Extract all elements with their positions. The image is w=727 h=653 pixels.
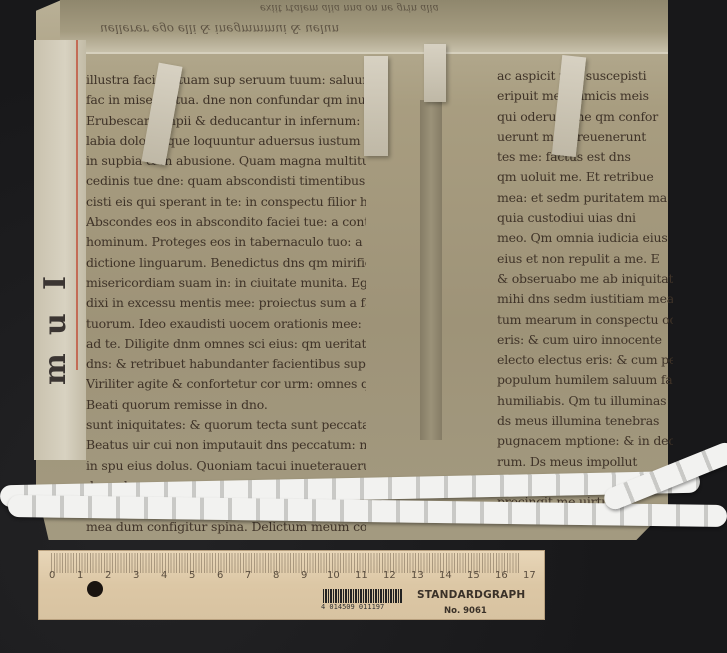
ruler-label: 0: [49, 570, 55, 581]
ruler-label: 17: [523, 570, 536, 581]
top-folded-strip: exiit rtalem alia nna on ne grin alia ue…: [60, 0, 668, 54]
text-line: tum mearum in conspectu oc: [497, 310, 673, 330]
text-line: in supbia & in abusione. Quam magna mult…: [86, 151, 366, 171]
ruler-model: No. 9061: [444, 606, 487, 616]
right-text-column: ac aspicit me: suscepisti eripuit me: in…: [497, 66, 673, 513]
margin-initial: u: [38, 313, 73, 335]
left-text-column: illustra faciem tuam sup seruum tuum: sa…: [86, 70, 366, 537]
text-line: mea: et sedm puritatem ma: [497, 188, 673, 208]
text-line: misericordiam suam in: in ciuitate munit…: [86, 273, 366, 293]
center-fold-crease: [420, 100, 442, 440]
ruler-label: 13: [411, 570, 424, 581]
text-line: qui oderunt me qm confor: [497, 107, 673, 127]
text-line: eris: & cum uiro innocente: [497, 330, 673, 350]
text-line: electo electus eris: & cum per: [497, 350, 673, 370]
text-line: Erubescant impii & deducantur in infernu…: [86, 111, 366, 131]
ruler-label: 14: [439, 570, 452, 581]
ruler-label: 7: [245, 570, 251, 581]
text-line: eius et non repulit a me. E: [497, 249, 673, 269]
text-line: in spu eius dolus. Quoniam tacui inueter…: [86, 456, 366, 476]
text-line: Beati quorum remisse in dno.: [86, 395, 366, 415]
text-line: Viriliter agite & confortetur cor urm: o…: [86, 374, 366, 394]
text-line: tes me: factus est dns: [497, 147, 673, 167]
text-line: dns: & retribuet habundanter facientibus…: [86, 354, 366, 374]
ruler-label: 5: [189, 570, 195, 581]
top-fold-text-line: exiit rtalem alia nna on ne grin alia: [260, 2, 439, 13]
red-ruling-line: [76, 40, 78, 370]
barcode-icon: [323, 589, 403, 603]
text-line: meo. Qm omnia iudicia eius: [497, 228, 673, 248]
ruler-label: 9: [301, 570, 307, 581]
barcode-number: 4 014509 011197: [321, 603, 384, 611]
ruler-brand: STANDARDGRAPH: [417, 589, 525, 601]
ruler-label: 2: [105, 570, 111, 581]
text-line: hominum. Proteges eos in tabernaculo tuo…: [86, 232, 366, 252]
text-line: cisti eis qui sperant in te: in conspect…: [86, 192, 366, 212]
ruler-label: 3: [133, 570, 139, 581]
ruler-hang-hole: [87, 581, 103, 597]
text-line: tuorum. Ideo exaudisti uocem orationis m…: [86, 314, 366, 334]
text-line: fac in misedia tua. dne non confundar qm…: [86, 90, 366, 110]
text-line: pugnacem mptione: & in deo: [497, 431, 673, 451]
text-line: Abscondes eos in abscondito faciei tue: …: [86, 212, 366, 232]
text-line: quia custodiui uias dni: [497, 208, 673, 228]
text-line: qm uoluit me. Et retribue: [497, 167, 673, 187]
text-line: labia dolosa. que loquuntur aduersus ius…: [86, 131, 366, 151]
text-line: dictione linguarum. Benedictus dns qm mi…: [86, 253, 366, 273]
text-line: populum humilem saluum facies: [497, 370, 673, 390]
text-line: sunt iniquitates: & quorum tecta sunt pe…: [86, 415, 366, 435]
text-line: illustra faciem tuam sup seruum tuum: sa…: [86, 70, 366, 90]
text-line: uerunt me. Preuenerunt: [497, 127, 673, 147]
text-line: & obseruabo me ab iniquitate: [497, 269, 673, 289]
ruler-label: 10: [327, 570, 340, 581]
margin-initial: I: [38, 276, 73, 290]
ruler-label: 16: [495, 570, 508, 581]
left-margin-strip: [34, 40, 86, 460]
text-line: ds meus illumina tenebras: [497, 411, 673, 431]
ruler-label: 6: [217, 570, 223, 581]
ruler-label: 15: [467, 570, 480, 581]
top-fold-text-line: uellerer ego elli & inegmmmui & uelun: [100, 22, 339, 36]
ruler-label: 12: [383, 570, 396, 581]
ruler-label: 11: [355, 570, 368, 581]
ruler-label: 4: [161, 570, 167, 581]
parchment-tab: [424, 44, 446, 102]
text-line: Beatus uir cui non imputauit dns peccatu…: [86, 435, 366, 455]
wooden-ruler: 0 1 2 3 4 5 6 7 8 9 10 11 12 13 14 15 16…: [38, 550, 545, 620]
margin-initial: m: [38, 353, 73, 385]
ruler-label: 8: [273, 570, 279, 581]
text-line: mihi dns sedm iustitiam meam: &: [497, 289, 673, 309]
text-line: ac aspicit me: suscepisti: [497, 66, 673, 86]
text-line: ad te. Diligite dnm omnes sci eius: qm u…: [86, 334, 366, 354]
text-line: rum. Ds meus impollut: [497, 452, 673, 472]
text-line: dixi in excessu mentis mee: proiectus su…: [86, 293, 366, 313]
parchment-tab: [364, 56, 388, 156]
ruler-label: 1: [77, 570, 83, 581]
text-line: cedinis tue dne: quam abscondisti timent…: [86, 171, 366, 191]
text-line: eripuit me: inimicis meis: [497, 86, 673, 106]
text-line: humiliabis. Qm tu illuminas: [497, 391, 673, 411]
